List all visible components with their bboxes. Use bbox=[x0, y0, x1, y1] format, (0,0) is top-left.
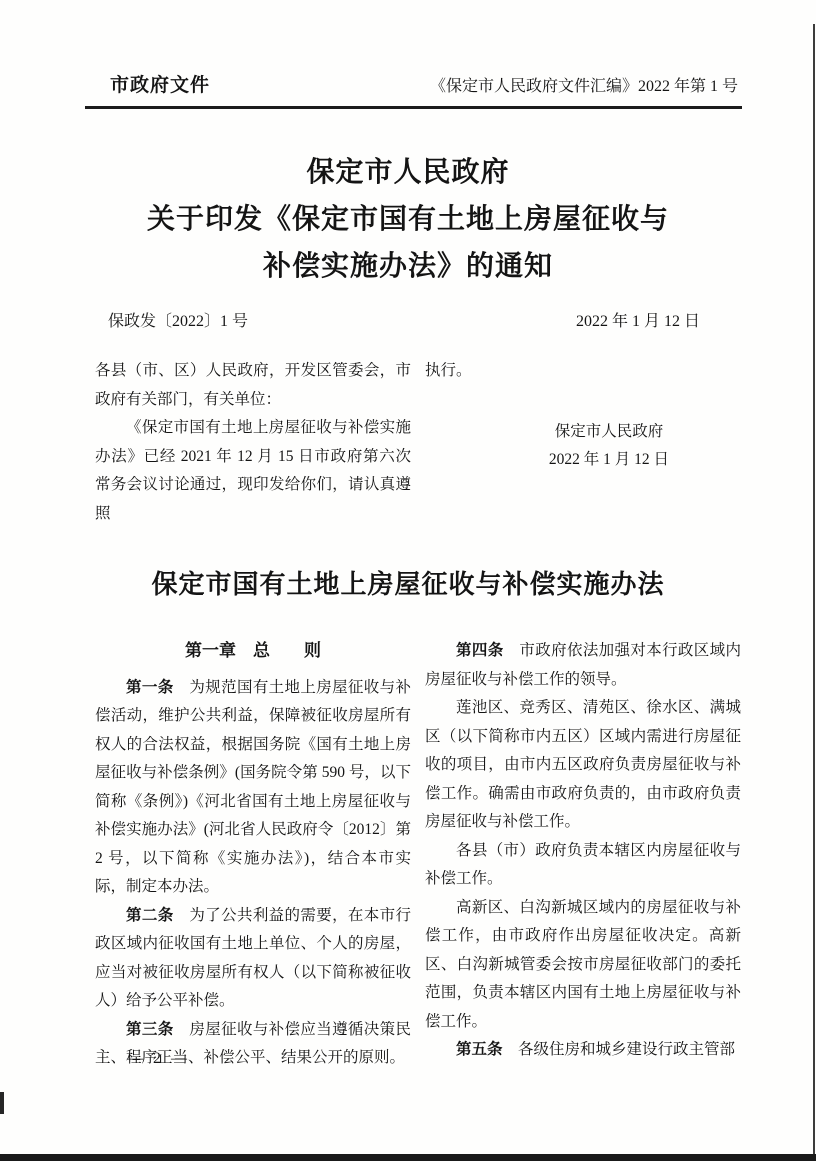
notice-body: 各县（市、区）人民政府，开发区管委会，市政府有关部门，有关单位：《保定市国有土地… bbox=[95, 357, 741, 528]
measures-paragraph: 莲池区、竞秀区、清苑区、徐水区、满城区（以下简称市内五区）区域内需进行房屋征收的… bbox=[425, 694, 741, 837]
measures-paragraph: 第四条 市政府依法加强对本行政区域内房屋征收与补偿工作的领导。 bbox=[425, 637, 741, 694]
doc-number: 保政发〔2022〕1 号 bbox=[108, 308, 248, 331]
header-compilation-label: 《保定市人民政府文件汇编》2022 年第 1 号 bbox=[430, 73, 738, 96]
signature-block: 保定市人民政府 2022 年 1 月 12 日 bbox=[425, 418, 741, 475]
notice-right-column: 执行。 保定市人民政府 2022 年 1 月 12 日 bbox=[425, 357, 741, 528]
article-number: 第五条 bbox=[456, 1041, 503, 1058]
measures-right-column: 第四条 市政府依法加强对本行政区域内房屋征收与补偿工作的领导。莲池区、竞秀区、清… bbox=[425, 637, 741, 1073]
article-number: 第三条 bbox=[126, 1021, 174, 1038]
measures-paragraph: 各县（市）政府负责本辖区内房屋征收与补偿工作。 bbox=[425, 837, 741, 894]
article-number: 第四条 bbox=[456, 642, 504, 659]
notice-paragraph: 《保定市国有土地上房屋征收与补偿实施办法》已经 2021 年 12 月 15 日… bbox=[95, 414, 411, 528]
document-page: 市政府文件 《保定市人民政府文件汇编》2022 年第 1 号 保定市人民政府关于… bbox=[0, 0, 816, 1161]
measures-left-column: 第一章 总 则 第一条 为规范国有土地上房屋征收与补偿活动，维护公共利益，保障被… bbox=[95, 637, 411, 1073]
continuation-text: 执行。 bbox=[425, 357, 741, 386]
page-number: — 2 — bbox=[127, 1050, 190, 1068]
measures-left-paragraphs: 第一条 为规范国有土地上房屋征收与补偿活动，维护公共利益，保障被征收房屋所有权人… bbox=[95, 674, 411, 1073]
notice-title-line: 补偿实施办法》的通知 bbox=[0, 243, 816, 290]
article-number: 第一条 bbox=[126, 679, 174, 696]
measures-paragraph: 高新区、白沟新城区域内的房屋征收与补偿工作，由市政府作出房屋征收决定。高新区、白… bbox=[425, 894, 741, 1037]
measures-paragraph: 第二条 为了公共利益的需要，在本市行政区域内征收国有土地上单位、个人的房屋，应当… bbox=[95, 902, 411, 1016]
chapter-heading: 第一章 总 则 bbox=[95, 637, 411, 666]
notice-title: 保定市人民政府关于印发《保定市国有土地上房屋征收与补偿实施办法》的通知 bbox=[0, 149, 816, 290]
notice-title-line: 关于印发《保定市国有土地上房屋征收与 bbox=[0, 196, 816, 243]
doc-info-row: 保政发〔2022〕1 号 2022 年 1 月 12 日 bbox=[108, 308, 700, 331]
measures-paragraph: 第一条 为规范国有土地上房屋征收与补偿活动，维护公共利益，保障被征收房屋所有权人… bbox=[95, 674, 411, 902]
measures-body: 第一章 总 则 第一条 为规范国有土地上房屋征收与补偿活动，维护公共利益，保障被… bbox=[95, 637, 741, 1073]
signature-name: 保定市人民政府 bbox=[477, 418, 741, 447]
header-rule bbox=[85, 106, 742, 109]
scan-edge-right bbox=[813, 24, 815, 1155]
signature-date: 2022 年 1 月 12 日 bbox=[477, 446, 741, 475]
scan-edge-left-mark bbox=[0, 1092, 4, 1114]
scan-edge-bottom bbox=[0, 1154, 816, 1161]
doc-date: 2022 年 1 月 12 日 bbox=[576, 308, 700, 331]
document-header: 市政府文件 《保定市人民政府文件汇编》2022 年第 1 号 bbox=[110, 70, 738, 97]
measures-title: 保定市国有土地上房屋征收与补偿实施办法 bbox=[0, 564, 816, 601]
notice-left-column: 各县（市、区）人民政府，开发区管委会，市政府有关部门，有关单位：《保定市国有土地… bbox=[95, 357, 411, 528]
measures-paragraph: 第五条 各级住房和城乡建设行政主管部 bbox=[425, 1036, 741, 1065]
notice-title-line: 保定市人民政府 bbox=[0, 149, 816, 196]
article-number: 第二条 bbox=[126, 907, 174, 924]
notice-paragraph: 各县（市、区）人民政府，开发区管委会，市政府有关部门，有关单位： bbox=[95, 357, 411, 414]
header-doc-type-label: 市政府文件 bbox=[110, 70, 210, 97]
